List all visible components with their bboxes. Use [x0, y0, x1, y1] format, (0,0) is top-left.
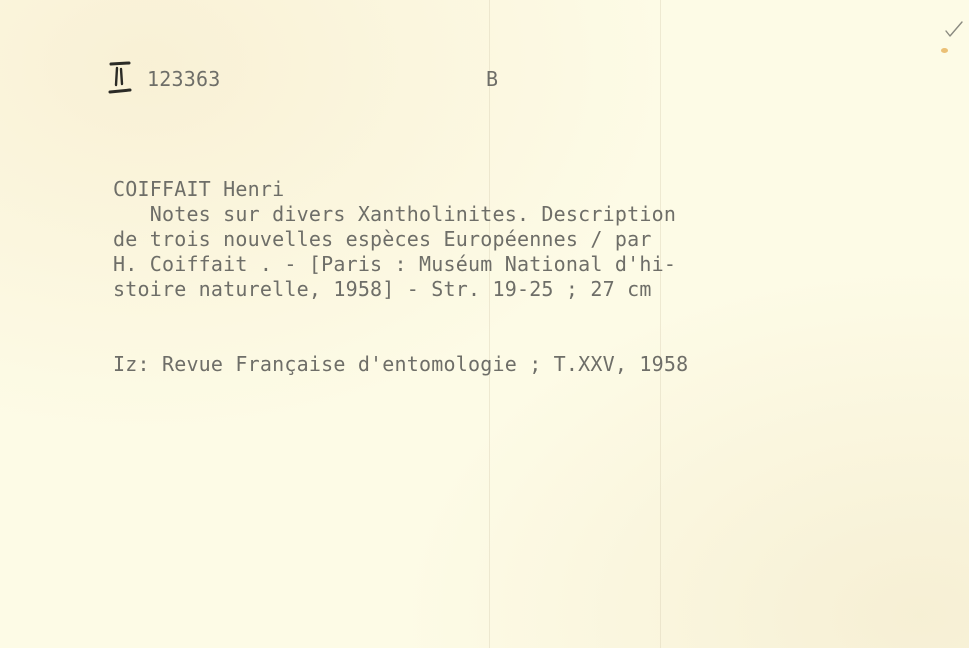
title-line-1: Notes sur divers Xantholinites. Descript…	[113, 202, 676, 227]
author-heading: COIFFAIT Henri	[113, 177, 284, 202]
title-line-2: de trois nouvelles espèces Européennes /…	[113, 227, 652, 252]
inventory-number: 123363	[147, 67, 220, 92]
title-line-3: H. Coiffait . - [Paris : Muséum National…	[113, 252, 676, 277]
check-mark-icon	[944, 20, 964, 38]
paper-crease	[660, 0, 661, 648]
title-line-4: stoire naturelle, 1958] - Str. 19-25 ; 2…	[113, 277, 652, 302]
paper-crease	[489, 0, 490, 648]
ink-spot	[941, 48, 948, 53]
roman-numeral-two-handwritten-icon	[108, 60, 134, 96]
source-line: Iz: Revue Française d'entomologie ; T.XX…	[113, 352, 688, 377]
location-letter: B	[486, 67, 498, 92]
catalog-card: 123363 B COIFFAIT Henri Notes sur divers…	[0, 0, 969, 648]
